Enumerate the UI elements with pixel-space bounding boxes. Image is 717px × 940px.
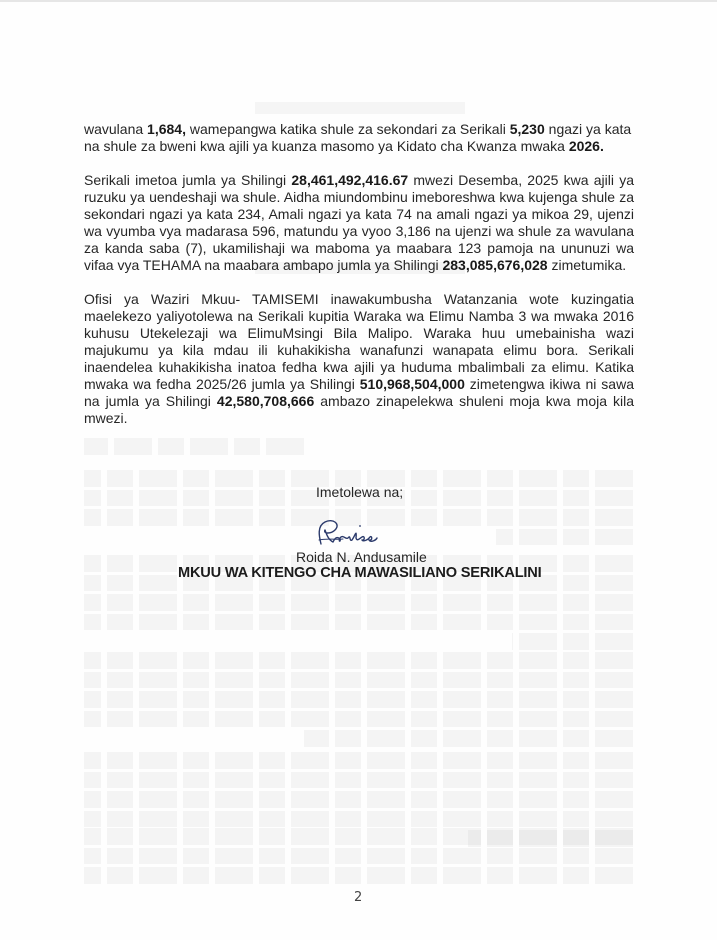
text-segment: wamepangwa katika shule za sekondari za …: [186, 121, 510, 137]
signer-name: Roida N. Andusamile: [296, 549, 427, 565]
bleed-through-text: [84, 752, 633, 850]
bleed-through-text: [84, 828, 633, 887]
signature-icon: [313, 518, 381, 548]
bold-figure: 2026.: [569, 138, 604, 154]
bleed-through-heading: [255, 102, 465, 114]
text-segment: Serikali imetoa jumla ya Shilingi: [84, 172, 291, 188]
issued-by-label: Imetolewa na;: [316, 484, 403, 500]
paragraph-free-education-circular: Ofisi ya Waziri Mkuu- TAMISEMI inawakumb…: [84, 291, 634, 427]
bleed-through-text: [84, 652, 633, 750]
text-segment: wavulana: [84, 121, 147, 137]
bold-figure: 42,580,708,666: [217, 393, 314, 409]
bold-figure: 510,968,504,000: [360, 376, 465, 392]
page-number: 2: [354, 890, 362, 905]
bold-figure: 28,461,492,416.67: [291, 172, 408, 188]
page-top-edge: [0, 0, 717, 2]
bold-figure: 5,230: [510, 121, 545, 137]
bold-figure: 1,684,: [147, 121, 186, 137]
bold-figure: 283,085,676,028: [442, 257, 547, 273]
paragraph-school-placement: wavulana 1,684, wamepangwa katika shule …: [84, 121, 634, 155]
text-segment: zimetumika.: [548, 257, 627, 273]
document-page: wavulana 1,684, wamepangwa katika shule …: [0, 0, 717, 940]
signer-title: MKUU WA KITENGO CHA MAWASILIANO SERIKALI…: [178, 565, 541, 581]
document-body: wavulana 1,684, wamepangwa katika shule …: [84, 121, 634, 444]
paragraph-funding-infrastructure: Serikali imetoa jumla ya Shilingi 28,461…: [84, 172, 634, 274]
